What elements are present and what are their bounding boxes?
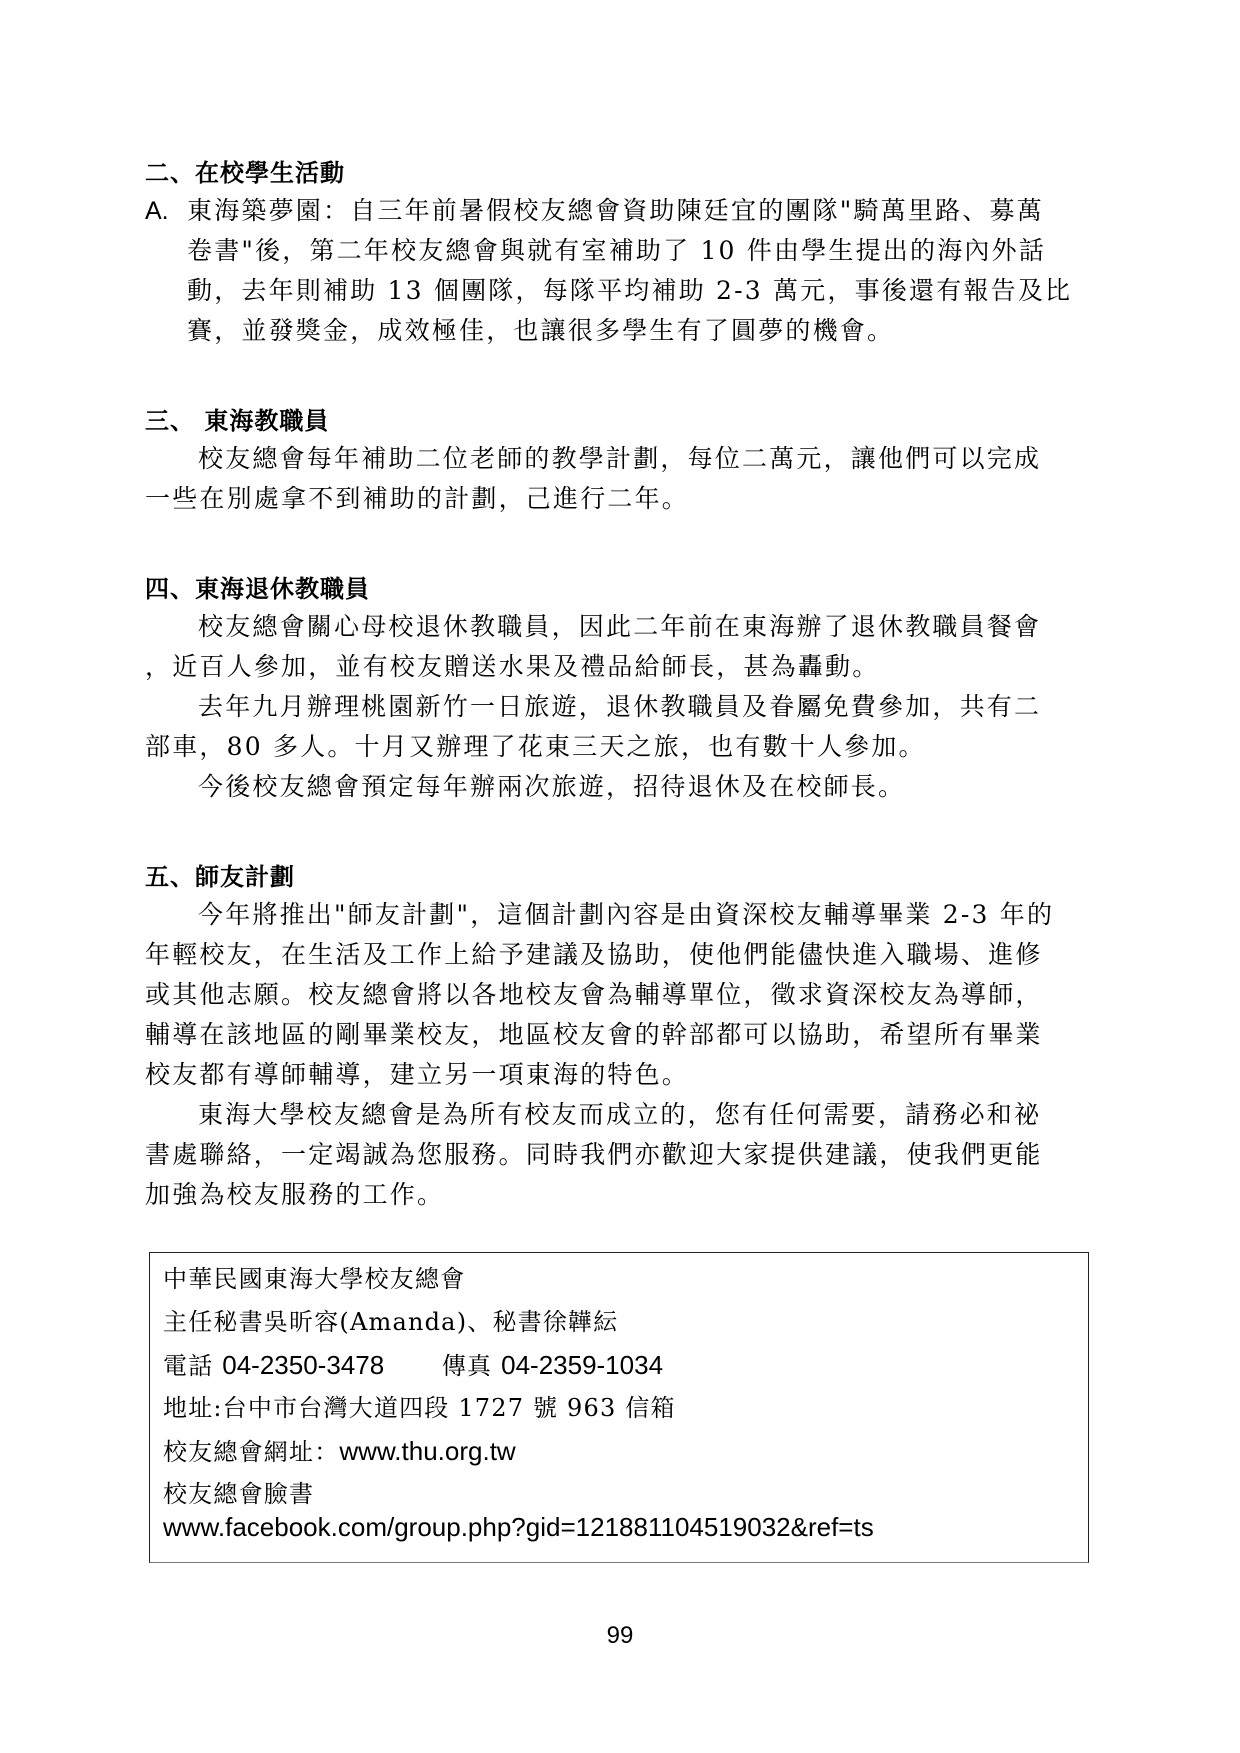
facebook-label: 校友總會臉書 [163,1479,314,1509]
paragraph-line: 校友總會關心母校退休教職員，因此二年前在東海辦了退休教職員餐會 [198,612,1041,642]
fax-label: 傳真 [442,1352,492,1380]
paragraph-line: 年輕校友，在生活及工作上給予建議及協助，使他們能儘快進入職場、進修 [145,940,1043,970]
paragraph-line: ，近百人參加，並有校友贈送水果及禮品給師長，甚為轟動。 [145,652,879,682]
paragraph-line: 書處聯絡，一定竭誠為您服務。同時我們亦歡迎大家提供建議，使我們更能 [145,1140,1043,1170]
paragraph-line: A.東海築夢園：自三年前暑假校友總會資助陳廷宜的團隊"騎萬里路、募萬 [145,196,1044,226]
paragraph-line: 動，去年則補助 13 個團隊，每隊平均補助 2-3 萬元，事後還有報告及比 [187,276,1072,306]
phone-label: 電話 [163,1352,213,1380]
phone-fax-line: 電話 04-2350-3478 傳真 04-2359-1034 [163,1350,663,1381]
phone-number: 04-2350-3478 [222,1350,384,1380]
website-link[interactable]: www.thu.org.tw [339,1436,515,1466]
website-line: 校友總會網址：www.thu.org.tw [163,1436,516,1467]
staff-text: 主任秘書吳昕容(Amanda)、秘書徐韡紜 [163,1308,618,1336]
paragraph-line: 東海大學校友總會是為所有校友而成立的，您有任何需要，請務必和祕 [198,1100,1041,1130]
paragraph-line: 卷書"後，第二年校友總會與就有室補助了 10 件由學生提出的海內外話 [187,236,1046,266]
section-heading-retired-staff: 四、東海退休教職員 [145,574,370,604]
paragraph-line: 校友都有導師輔導，建立另一項東海的特色。 [145,1060,689,1090]
paragraph-line: 輔導在該地區的剛畢業校友，地區校友會的幹部都可以協助，希望所有畢業 [145,1020,1043,1050]
section-heading-student-activities: 二、在校學生活動 [145,158,345,188]
paragraph-line: 一些在別處拿不到補助的計劃，己進行二年。 [145,484,689,514]
list-marker: A. [145,196,187,226]
paragraph-line: 賽，並發獎金，成效極佳，也讓很多學生有了圓夢的機會。 [187,316,894,346]
website-label: 校友總會網址： [163,1438,339,1466]
paragraph-line: 或其他志願。校友總會將以各地校友會為輔導單位，徵求資深校友為導師， [145,980,1043,1010]
facebook-link[interactable]: www.facebook.com/group.php?gid=121881104… [163,1512,874,1542]
paragraph-line: 部車，80 多人。十月又辦理了花東三天之旅，也有數十人參加。 [145,732,926,762]
text: 東海築夢園：自三年前暑假校友總會資助陳廷宜的團隊"騎萬里路、募萬 [187,196,1044,225]
paragraph-line: 今後校友總會預定每年辦兩次旅遊，招待退休及在校師長。 [198,772,905,802]
staff-names: 主任秘書吳昕容(Amanda)、秘書徐韡紜 [163,1307,618,1337]
organization-name: 中華民國東海大學校友總會 [163,1264,465,1294]
address: 地址:台中市台灣大道四段 1727 號 963 信箱 [163,1393,676,1423]
fax-number: 04-2359-1034 [501,1350,663,1380]
page-number: 99 [0,1622,1240,1650]
section-heading-faculty-staff: 三、 東海教職員 [145,406,329,436]
paragraph-line: 校友總會每年補助二位老師的教學計劃，每位二萬元，讓他們可以完成 [198,444,1041,474]
paragraph-line: 去年九月辦理桃園新竹一日旅遊，退休教職員及眷屬免費參加，共有二 [198,692,1041,722]
section-heading-mentor-program: 五、師友計劃 [145,862,295,892]
paragraph-line: 加強為校友服務的工作。 [145,1180,444,1210]
document-page: 二、在校學生活動 A.東海築夢園：自三年前暑假校友總會資助陳廷宜的團隊"騎萬里路… [0,0,1240,1753]
paragraph-line: 今年將推出"師友計劃"，這個計劃內容是由資深校友輔導畢業 2-3 年的 [198,900,1054,930]
